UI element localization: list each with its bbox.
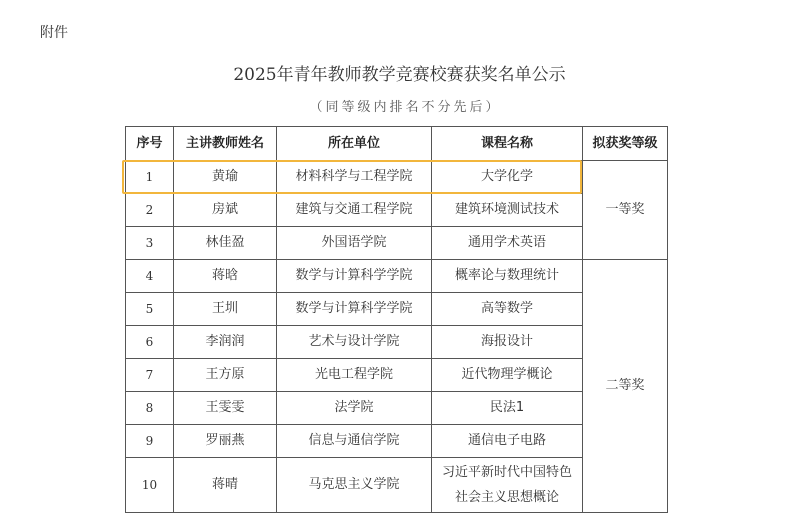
table-header-row: 序号 主讲教师姓名 所在单位 课程名称 拟获奖等级 [126,127,668,161]
cell-name: 罗丽燕 [174,425,277,458]
table-row: 1 黄瑜 材料科学与工程学院 大学化学 一等奖 [126,161,668,194]
document-subtitle: （同等级内排名不分先后） [0,96,799,115]
cell-unit: 信息与通信学院 [277,425,432,458]
cell-name: 房斌 [174,194,277,227]
cell-name: 蒋晴 [174,458,277,513]
cell-course: 海报设计 [432,326,583,359]
cell-award-first: 一等奖 [583,161,668,260]
cell-name: 黄瑜 [174,161,277,194]
cell-course: 高等数学 [432,293,583,326]
cell-name: 李润润 [174,326,277,359]
awards-table: 序号 主讲教师姓名 所在单位 课程名称 拟获奖等级 1 黄瑜 材料科学与工程学院… [125,126,668,513]
cell-course: 建筑环境测试技术 [432,194,583,227]
cell-unit: 数学与计算科学学院 [277,293,432,326]
cell-course: 通信电子电路 [432,425,583,458]
cell-course: 大学化学 [432,161,583,194]
cell-course: 习近平新时代中国特色 社会主义思想概论 [432,458,583,513]
cell-course: 民法1 [432,392,583,425]
cell-course: 近代物理学概论 [432,359,583,392]
cell-name: 林佳盈 [174,227,277,260]
attachment-label: 附件 [40,22,68,42]
cell-seq: 3 [126,227,174,260]
cell-unit: 光电工程学院 [277,359,432,392]
cell-name: 王圳 [174,293,277,326]
cell-seq: 10 [126,458,174,513]
cell-unit: 马克思主义学院 [277,458,432,513]
cell-seq: 1 [126,161,174,194]
cell-course: 通用学术英语 [432,227,583,260]
document-title: 2025年青年教师教学竞赛校赛获奖名单公示 [0,60,799,85]
cell-award-second: 二等奖 [583,260,668,513]
cell-name: 王方原 [174,359,277,392]
cell-name: 蒋晗 [174,260,277,293]
cell-unit: 建筑与交通工程学院 [277,194,432,227]
cell-course: 概率论与数理统计 [432,260,583,293]
cell-seq: 6 [126,326,174,359]
header-unit: 所在单位 [277,127,432,161]
course-line-2: 社会主义思想概论 [432,485,582,510]
course-line-1: 习近平新时代中国特色 [432,460,582,485]
header-course: 课程名称 [432,127,583,161]
cell-seq: 8 [126,392,174,425]
cell-seq: 4 [126,260,174,293]
cell-seq: 9 [126,425,174,458]
cell-unit: 数学与计算科学学院 [277,260,432,293]
cell-unit: 法学院 [277,392,432,425]
cell-seq: 5 [126,293,174,326]
header-teacher-name: 主讲教师姓名 [174,127,277,161]
cell-seq: 7 [126,359,174,392]
header-seq: 序号 [126,127,174,161]
header-award-level: 拟获奖等级 [583,127,668,161]
cell-name: 王雯雯 [174,392,277,425]
cell-seq: 2 [126,194,174,227]
cell-unit: 外国语学院 [277,227,432,260]
cell-unit: 艺术与设计学院 [277,326,432,359]
cell-unit: 材料科学与工程学院 [277,161,432,194]
table-row: 4 蒋晗 数学与计算科学学院 概率论与数理统计 二等奖 [126,260,668,293]
